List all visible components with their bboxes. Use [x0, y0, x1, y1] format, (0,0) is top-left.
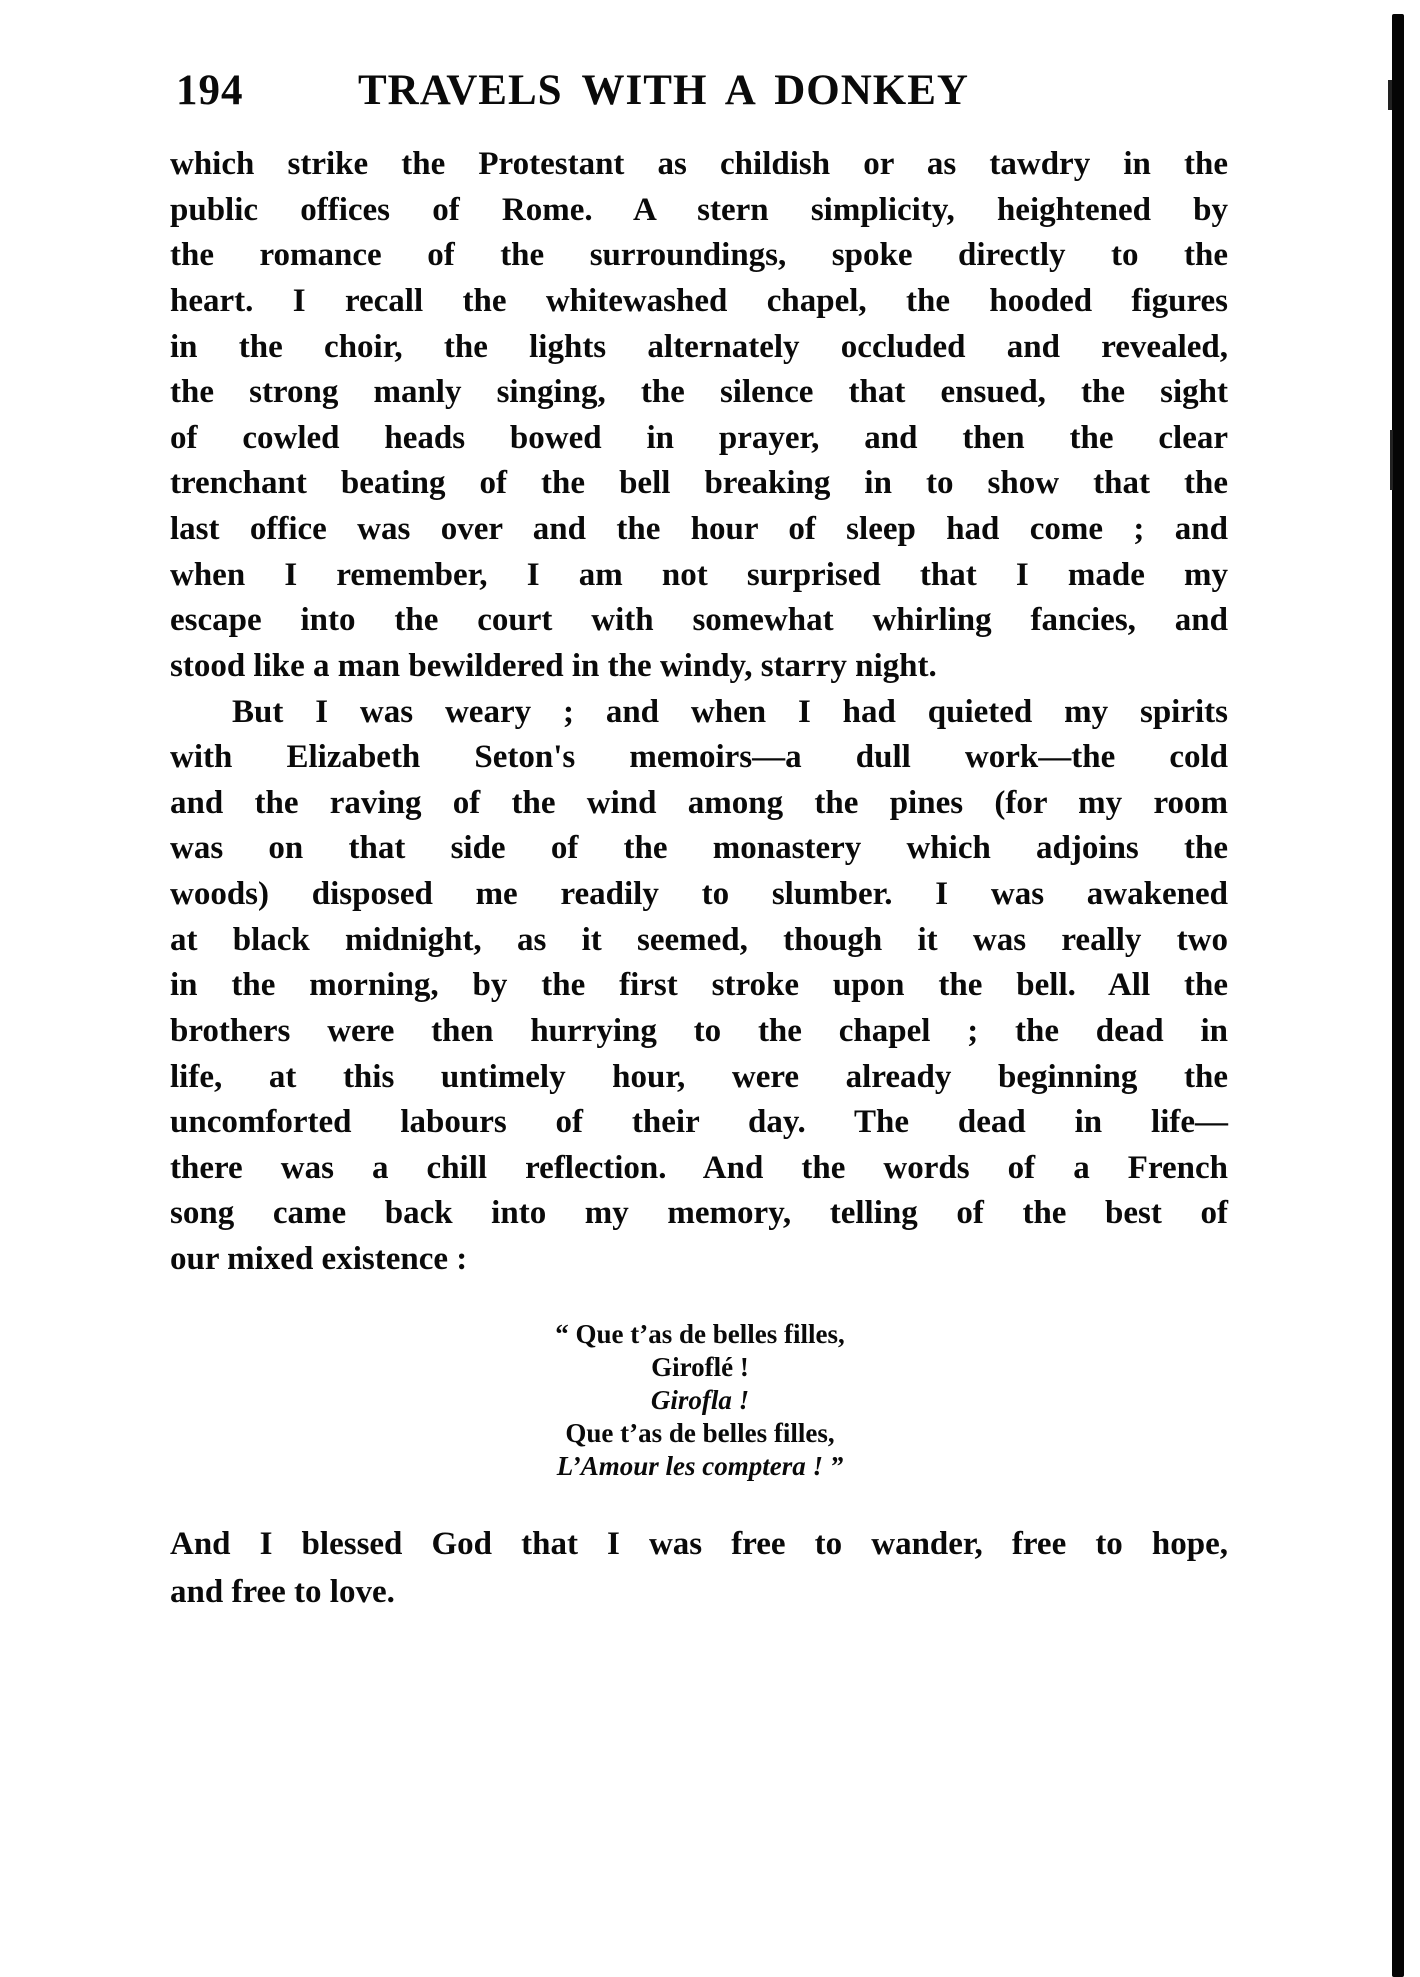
text-line: at black midnight, as it seemed, though …	[170, 917, 1228, 963]
page-edge-fragment	[1388, 80, 1392, 110]
running-title: TRAVELS WITH A DONKEY	[358, 66, 969, 115]
verse-line: Que t’as de belles filles,	[440, 1417, 960, 1450]
page-number: 194	[176, 66, 244, 115]
text-line: the romance of the surroundings, spoke d…	[170, 232, 1228, 278]
text-line: and the raving of the wind among the pin…	[170, 780, 1228, 826]
text-line: woods) disposed me readily to slumber. I…	[170, 871, 1228, 917]
text-line: in the morning, by the first stroke upon…	[170, 962, 1228, 1008]
verse-line: Giroflé !	[440, 1351, 960, 1384]
text-line: of cowled heads bowed in prayer, and the…	[170, 415, 1228, 461]
text-line: life, at this untimely hour, were alread…	[170, 1054, 1228, 1100]
page-edge-shadow	[1392, 14, 1404, 1977]
text-line: escape into the court with somewhat whir…	[170, 597, 1228, 643]
text-line: song came back into my memory, telling o…	[170, 1190, 1228, 1236]
text-line: in the choir, the lights alternately occ…	[170, 324, 1228, 370]
text-line: stood like a man bewildered in the windy…	[170, 643, 1228, 689]
text-line: with Elizabeth Seton's memoirs—a dull wo…	[170, 734, 1228, 780]
text-line: the strong manly singing, the silence th…	[170, 369, 1228, 415]
text-line: and free to love.	[170, 1569, 1228, 1615]
text-line: when I remember, I am not surprised that…	[170, 552, 1228, 598]
text-line: last office was over and the hour of sle…	[170, 506, 1228, 552]
page-edge-fragment	[1390, 430, 1393, 490]
text-line: uncomforted labours of their day. The de…	[170, 1099, 1228, 1145]
verse-line: Girofla !	[440, 1384, 960, 1417]
running-header: 194 TRAVELS WITH A DONKEY	[176, 66, 1236, 116]
text-line: heart. I recall the whitewashed chapel, …	[170, 278, 1228, 324]
text-line: trenchant beating of the bell breaking i…	[170, 460, 1228, 506]
verse-block: “ Que t’as de belles filles, Giroflé ! G…	[440, 1318, 960, 1483]
text-line: which strike the Protestant as childish …	[170, 141, 1228, 187]
text-line: public offices of Rome. A stern simplici…	[170, 187, 1228, 233]
verse-line: “ Que t’as de belles filles,	[440, 1318, 960, 1351]
text-line: But I was weary ; and when I had quieted…	[232, 689, 1228, 735]
verse-line: L’Amour les comptera ! ”	[440, 1450, 960, 1483]
text-line: And I blessed God that I was free to wan…	[170, 1521, 1228, 1567]
text-line: our mixed existence :	[170, 1236, 1228, 1282]
text-line: brothers were then hurrying to the chape…	[170, 1008, 1228, 1054]
text-line: was on that side of the monastery which …	[170, 825, 1228, 871]
text-line: there was a chill reflection. And the wo…	[170, 1145, 1228, 1191]
